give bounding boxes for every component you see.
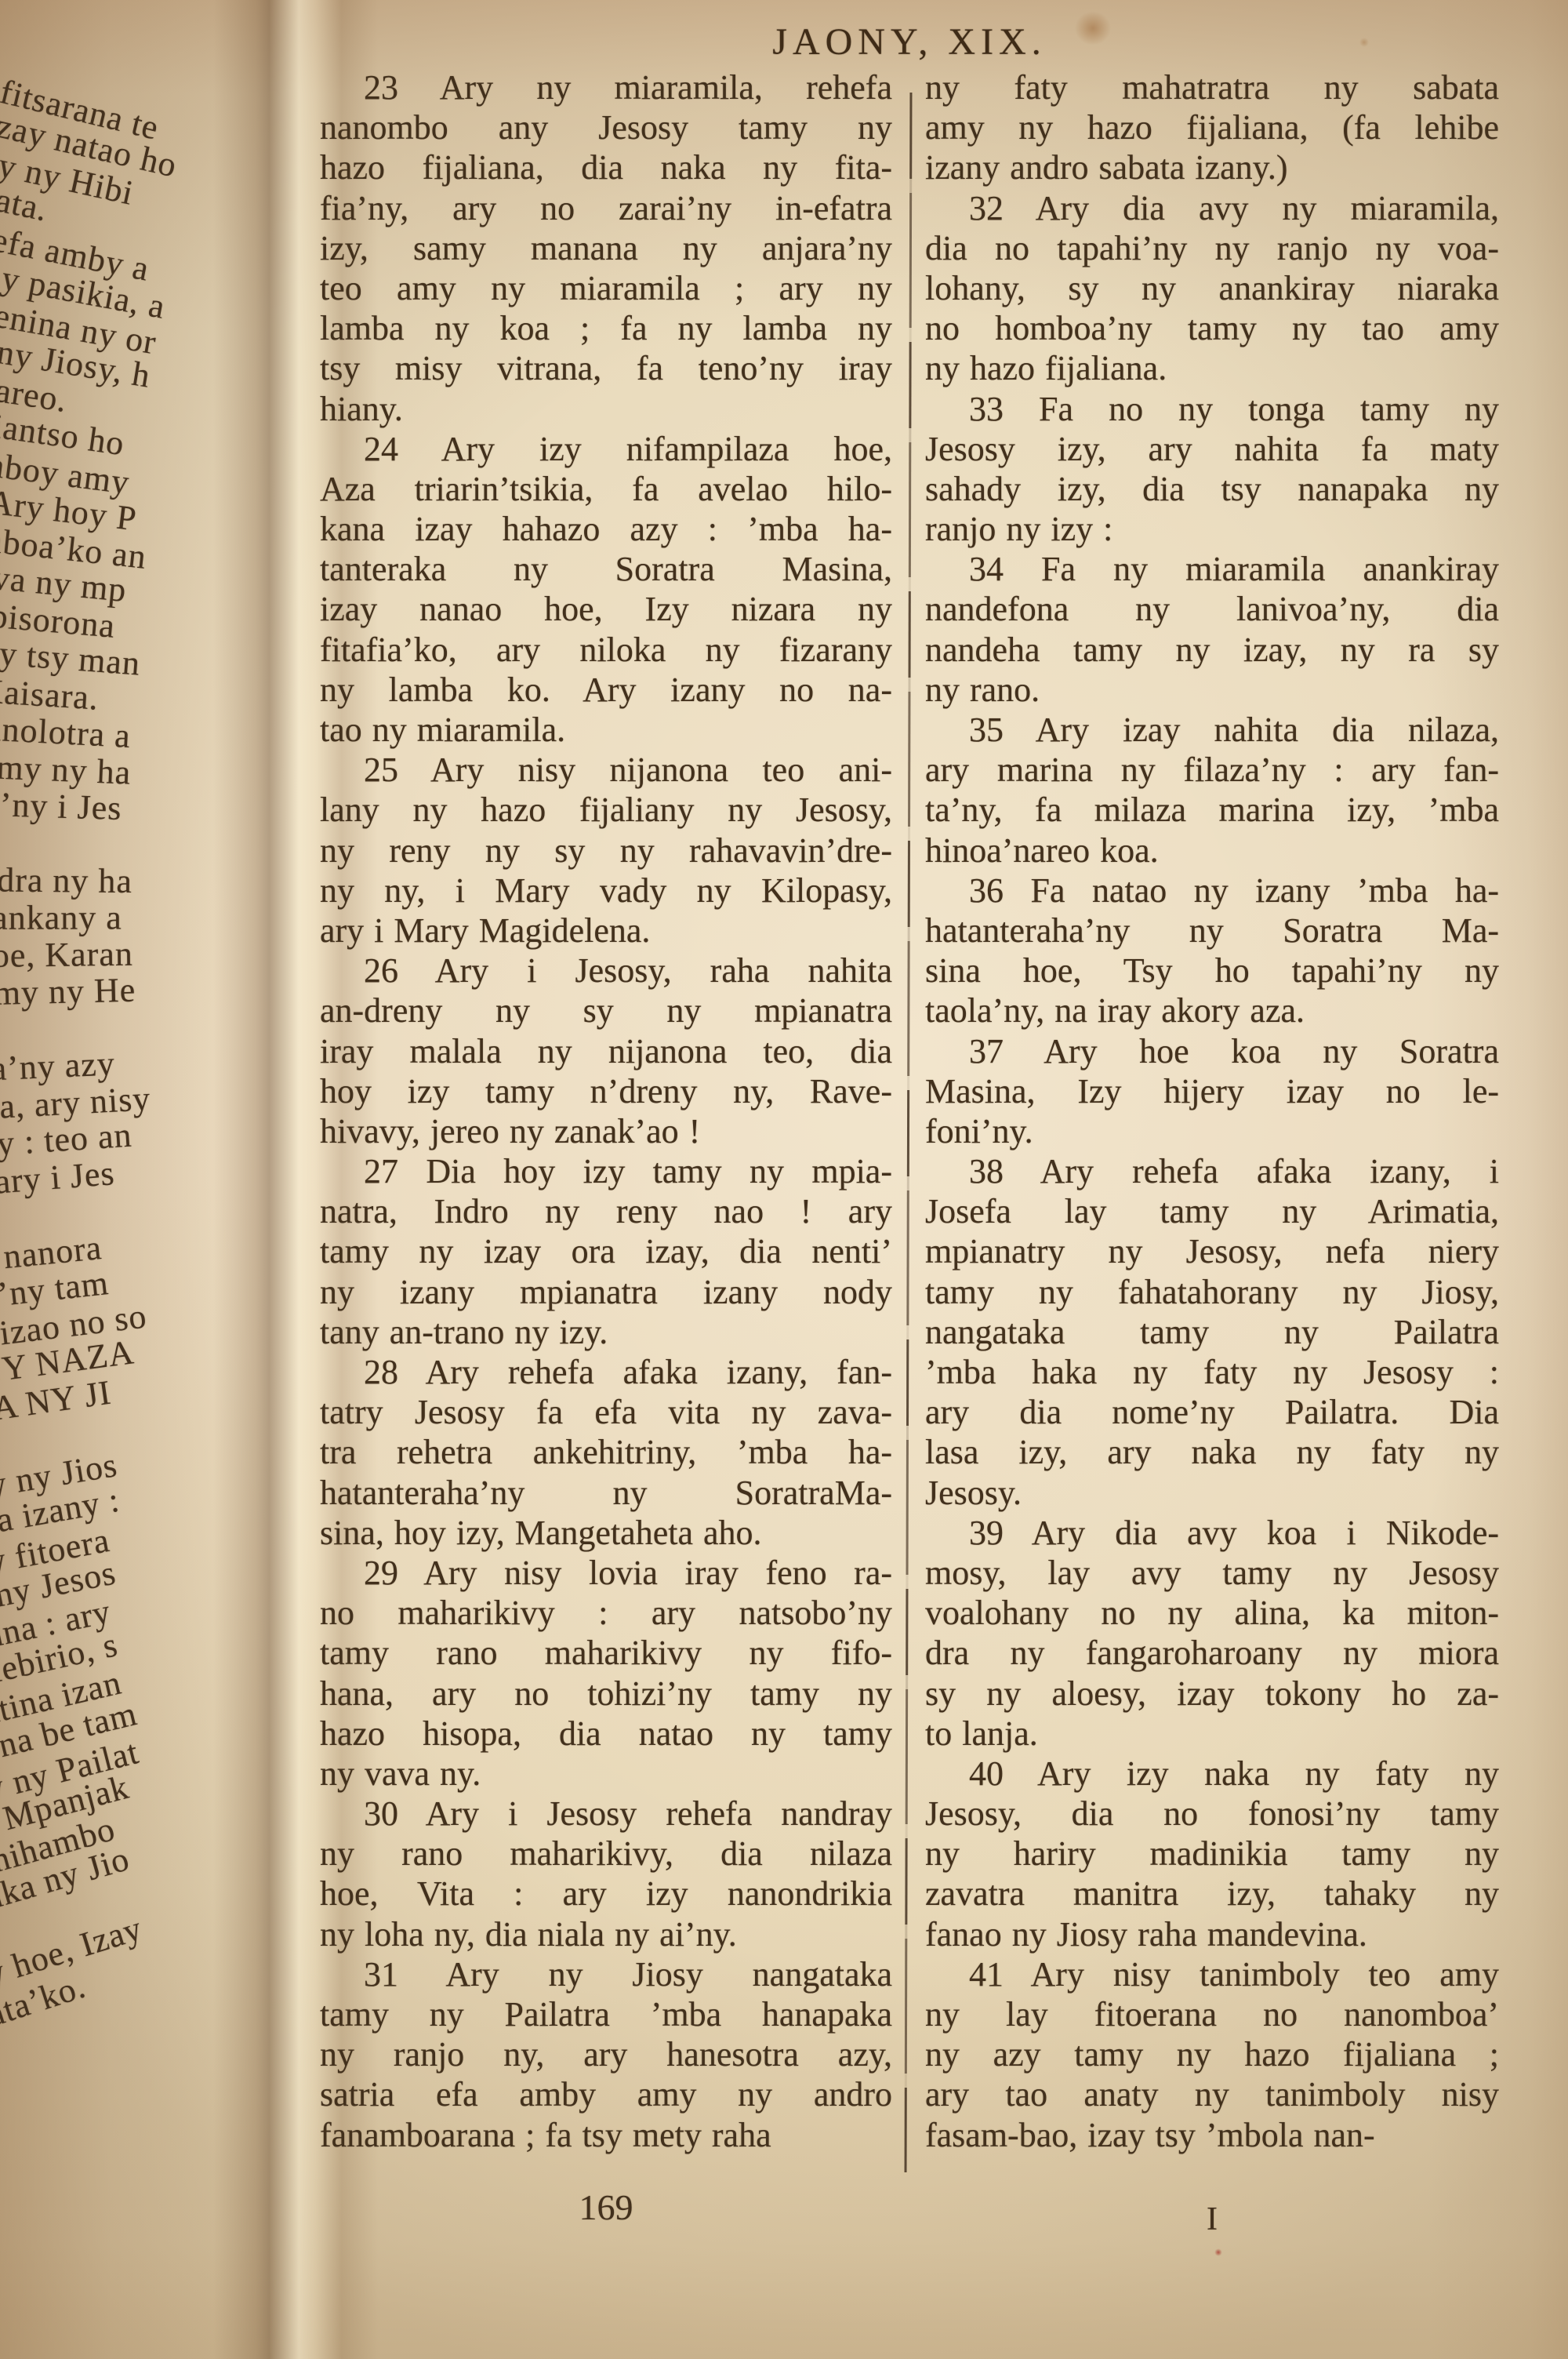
text-line: sahady izy, dia tsy nanapaka ny xyxy=(925,469,1499,509)
text-line: ary dia nome’ny Pailatra. Dia xyxy=(925,1392,1499,1432)
book-page-photo: { "page": { "header_title": "JAONY, XIX.… xyxy=(0,0,1568,2359)
text-line: hoe, Vita : ary izy nanondrikia xyxy=(320,1874,892,1914)
text-line: dia lasa nankany a xyxy=(0,898,292,938)
text-line: an-dreny ny sy ny mpianatra xyxy=(320,990,892,1030)
text-column-left: 23 Ary ny miaramila, rehefananombo any J… xyxy=(320,67,892,2155)
text-line: dra ny fangaroharoany ny miora xyxy=(925,1633,1499,1673)
text-line: Masina, Izy hijery izay no le- xyxy=(925,1071,1499,1111)
text-line: sina hoe, Tsy ho tapahi’ny ny xyxy=(925,951,1499,990)
text-line: tao ny miaramila. xyxy=(320,710,892,750)
text-line: sy ny aloesy, izay tokony ho za- xyxy=(925,1674,1499,1714)
text-line: hana, ary no tohizi’ny tamy ny xyxy=(320,1674,892,1714)
text-line: ta’ny, fa milaza marina izy, ’mba xyxy=(925,790,1499,830)
text-line: lohany, sy ny anankiray niaraka xyxy=(925,268,1499,308)
text-line: 31 Ary ny Jiosy nangataka xyxy=(320,1954,892,1994)
text-line: nandeha tamy ny izay, ny ra sy xyxy=(925,630,1499,670)
text-line: izay nanao hoe, Izy nizara ny xyxy=(320,589,892,629)
text-line: izy nitondra ny ha xyxy=(0,860,292,903)
text-line: Josefa lay tamy ny Arimatia, xyxy=(925,1191,1499,1231)
text-line: fanamboarana ; fa tsy mety raha xyxy=(320,2115,892,2155)
text-line: ny azy tamy ny hazo fijaliana ; xyxy=(925,2034,1499,2074)
text-line: 38 Ary rehefa afaka izany, i xyxy=(925,1151,1499,1191)
column-divider-rule xyxy=(905,93,913,2172)
text-column-right: ny faty mahatratra ny sabataamy ny hazo … xyxy=(925,67,1499,2155)
text-line: fasam-bao, izay tsy ’mbola nan- xyxy=(925,2115,1499,2155)
text-line: ary i Mary Magidelena. xyxy=(320,911,892,951)
text-line: Aza triarin’tsikia, fa avelao hilo- xyxy=(320,469,892,509)
text-line: 33 Fa no ny tonga tamy ny xyxy=(925,389,1499,429)
text-line: ny hazo fijaliana. xyxy=(925,348,1499,388)
text-line: ny hariry madinikia tamy ny xyxy=(925,1834,1499,1874)
text-line: ny vava ny. xyxy=(320,1754,892,1794)
text-line: ’mba haka ny faty ny Jesosy : xyxy=(925,1352,1499,1392)
text-line: hivavy, jereo ny zanak’ao ! xyxy=(320,1111,892,1151)
text-line: 25 Ary nisy nijanona teo ani- xyxy=(320,750,892,790)
text-line: foni’ny. xyxy=(925,1111,1499,1151)
text-line: ary tao anaty ny tanimboly nisy xyxy=(925,2074,1499,2114)
signature-mark: I xyxy=(925,2201,1499,2238)
text-line: hinoa’nareo koa. xyxy=(925,831,1499,871)
text-line: ny reny ny sy ny rahavavin’dre- xyxy=(320,831,892,871)
text-line: hazo hisopa, dia natao ny tamy xyxy=(320,1714,892,1754)
text-line: hatanteraha’ny ny Soratra Ma- xyxy=(925,911,1499,951)
text-line: iray malala ny nijanona teo, dia xyxy=(320,1031,892,1071)
text-line: izany andro sabata izany.) xyxy=(925,147,1499,187)
text-line: hatanteraha’ny ny SoratraMa- xyxy=(320,1473,892,1513)
text-line: no homboa’ny tamy ny tao amy xyxy=(925,308,1499,348)
text-line: to lanja. xyxy=(925,1714,1499,1754)
text-line: ny rano. xyxy=(925,670,1499,710)
text-line: 39 Ary dia avy koa i Nikode- xyxy=(925,1513,1499,1553)
text-line: ny izany mpianatra izany nody xyxy=(320,1272,892,1312)
text-line: tsy misy vitrana, fa teno’ny iray xyxy=(320,348,892,388)
text-line: 23 Ary ny miaramila, rehefa xyxy=(320,67,892,107)
text-line: hazo fijaliana, dia naka ny fita- xyxy=(320,147,892,187)
text-line: 40 Ary izy naka ny faty ny xyxy=(925,1754,1499,1794)
text-line: tamy ny izay ora izay, dia nenti’ xyxy=(320,1231,892,1271)
text-line: tanteraka ny Soratra Masina, xyxy=(320,549,892,589)
text-line: natra, Indro ny reny nao ! ary xyxy=(320,1191,892,1231)
text-line: lany ny hazo fijaliany ny Jesosy, xyxy=(320,790,892,830)
text-line: lamba ny koa ; fa ny lamba ny xyxy=(320,308,892,348)
stain xyxy=(1214,2248,1223,2257)
text-line: fanao ny Jiosy raha mandevina. xyxy=(925,1914,1499,1954)
text-line: 28 Ary rehefa afaka izany, fan- xyxy=(320,1352,892,1392)
text-line: dia no tapahi’ny ny ranjo ny voa- xyxy=(925,228,1499,268)
text-line: 27 Dia hoy izy tamy ny mpia- xyxy=(320,1151,892,1191)
text-line: tany an-trano ny izy. xyxy=(320,1312,892,1352)
text-line: ny ny, i Mary vady ny Kilopasy, xyxy=(320,871,892,911)
text-line: izy, samy manana ny anjara’ny xyxy=(320,228,892,268)
facing-page-fragment: a tamy ny fitsarana teitoerana izay nata… xyxy=(0,36,292,2075)
text-line: 37 Ary hoe koa ny Soratra xyxy=(925,1031,1499,1071)
running-head: JAONY, XIX. xyxy=(321,20,1497,64)
text-line: fitafia’ko, ary niloka ny fizarany xyxy=(320,630,892,670)
text-line: ny faty mahatratra ny sabata xyxy=(925,67,1499,107)
text-line: mpianatry ny Jesosy, nefa niery xyxy=(925,1231,1499,1271)
text-line: Jesosy, dia no fonosi’ny tamy xyxy=(925,1794,1499,1834)
text-line: 30 Ary i Jesosy rehefa nandray xyxy=(320,1794,892,1834)
text-line: 32 Ary dia avy ny miaramila, xyxy=(925,188,1499,228)
text-line: ny loha ny, dia niala ny ai’ny. xyxy=(320,1914,892,1954)
text-line: tamy rano maharikivy ny fifo- xyxy=(320,1633,892,1673)
text-line: mosy, lay avy tamy ny Jesosy xyxy=(925,1553,1499,1593)
text-line: kana izay hahazo azy : ’mba ha- xyxy=(320,509,892,549)
text-line: Jesosy izy, ary nahita fa maty xyxy=(925,429,1499,469)
text-line: teo amy ny miaramila ; ary ny xyxy=(320,268,892,308)
text-line: fia’ny, ary no zarai’ny in-efatra xyxy=(320,188,892,228)
text-line: sina, hoy izy, Mangetaheta aho. xyxy=(320,1513,892,1553)
text-line: nangataka tamy ny Pailatra xyxy=(925,1312,1499,1352)
text-line: 36 Fa natao ny izany ’mba ha- xyxy=(925,871,1499,911)
text-line: zavatra manitra izy, tahaky ny xyxy=(925,1874,1499,1914)
text-line: hoy izy tamy n’dreny ny, Rave- xyxy=(320,1071,892,1111)
text-line: tra rehetra ankehitriny, ’mba ha- xyxy=(320,1432,892,1472)
text-line: ny ranjo ny, ary hanesotra azy, xyxy=(320,2034,892,2074)
text-line: 26 Ary i Jesosy, raha nahita xyxy=(320,951,892,990)
text-line: hiany. xyxy=(320,389,892,429)
text-line: amy ny hazo fijaliana, (fa lehibe xyxy=(925,107,1499,147)
page-number: 169 xyxy=(320,2186,892,2228)
text-line: tamy ny Pailatra ’mba hanapaka xyxy=(320,1994,892,2034)
text-line: tamy ny fahatahorany ny Jiosy, xyxy=(925,1272,1499,1312)
text-line: voalohany no ny alina, ka miton- xyxy=(925,1593,1499,1633)
text-line: 29 Ary nisy lovia iray feno ra- xyxy=(320,1553,892,1593)
text-line: taola’ny, na iray akory aza. xyxy=(925,990,1499,1030)
text-line: 34 Fa ny miaramila anankiray xyxy=(925,549,1499,589)
text-line: 41 Ary nisy tanimboly teo amy xyxy=(925,1954,1499,1994)
text-line: 35 Ary izay nahita dia nilaza, xyxy=(925,710,1499,750)
text-line: ny lamba ko. Ary izany no na- xyxy=(320,670,892,710)
text-line: 24 Ary izy nifampilaza hoe, xyxy=(320,429,892,469)
text-line: nandefona ny lanivoa’ny, dia xyxy=(925,589,1499,629)
text-line: no maharikivy : ary natsobo’ny xyxy=(320,1593,892,1633)
text-line: ary marina ny filaza’ny : ary fan- xyxy=(925,750,1499,790)
text-line: ny rano maharikivy, dia nilaza xyxy=(320,1834,892,1874)
text-line: Jesosy. xyxy=(925,1473,1499,1513)
text-line: ranjo ny izy : xyxy=(925,509,1499,549)
text-line: lasa izy, ary naka ny faty ny xyxy=(925,1432,1499,1472)
text-line: satria efa amby amy ny andro xyxy=(320,2074,892,2114)
text-line: ny lay fitoerana no nanomboa’ xyxy=(925,1994,1499,2034)
text-line: tatry Jesosy fa efa vita ny zava- xyxy=(320,1392,892,1432)
text-line: nanombo any Jesosy tamy ny xyxy=(320,107,892,147)
